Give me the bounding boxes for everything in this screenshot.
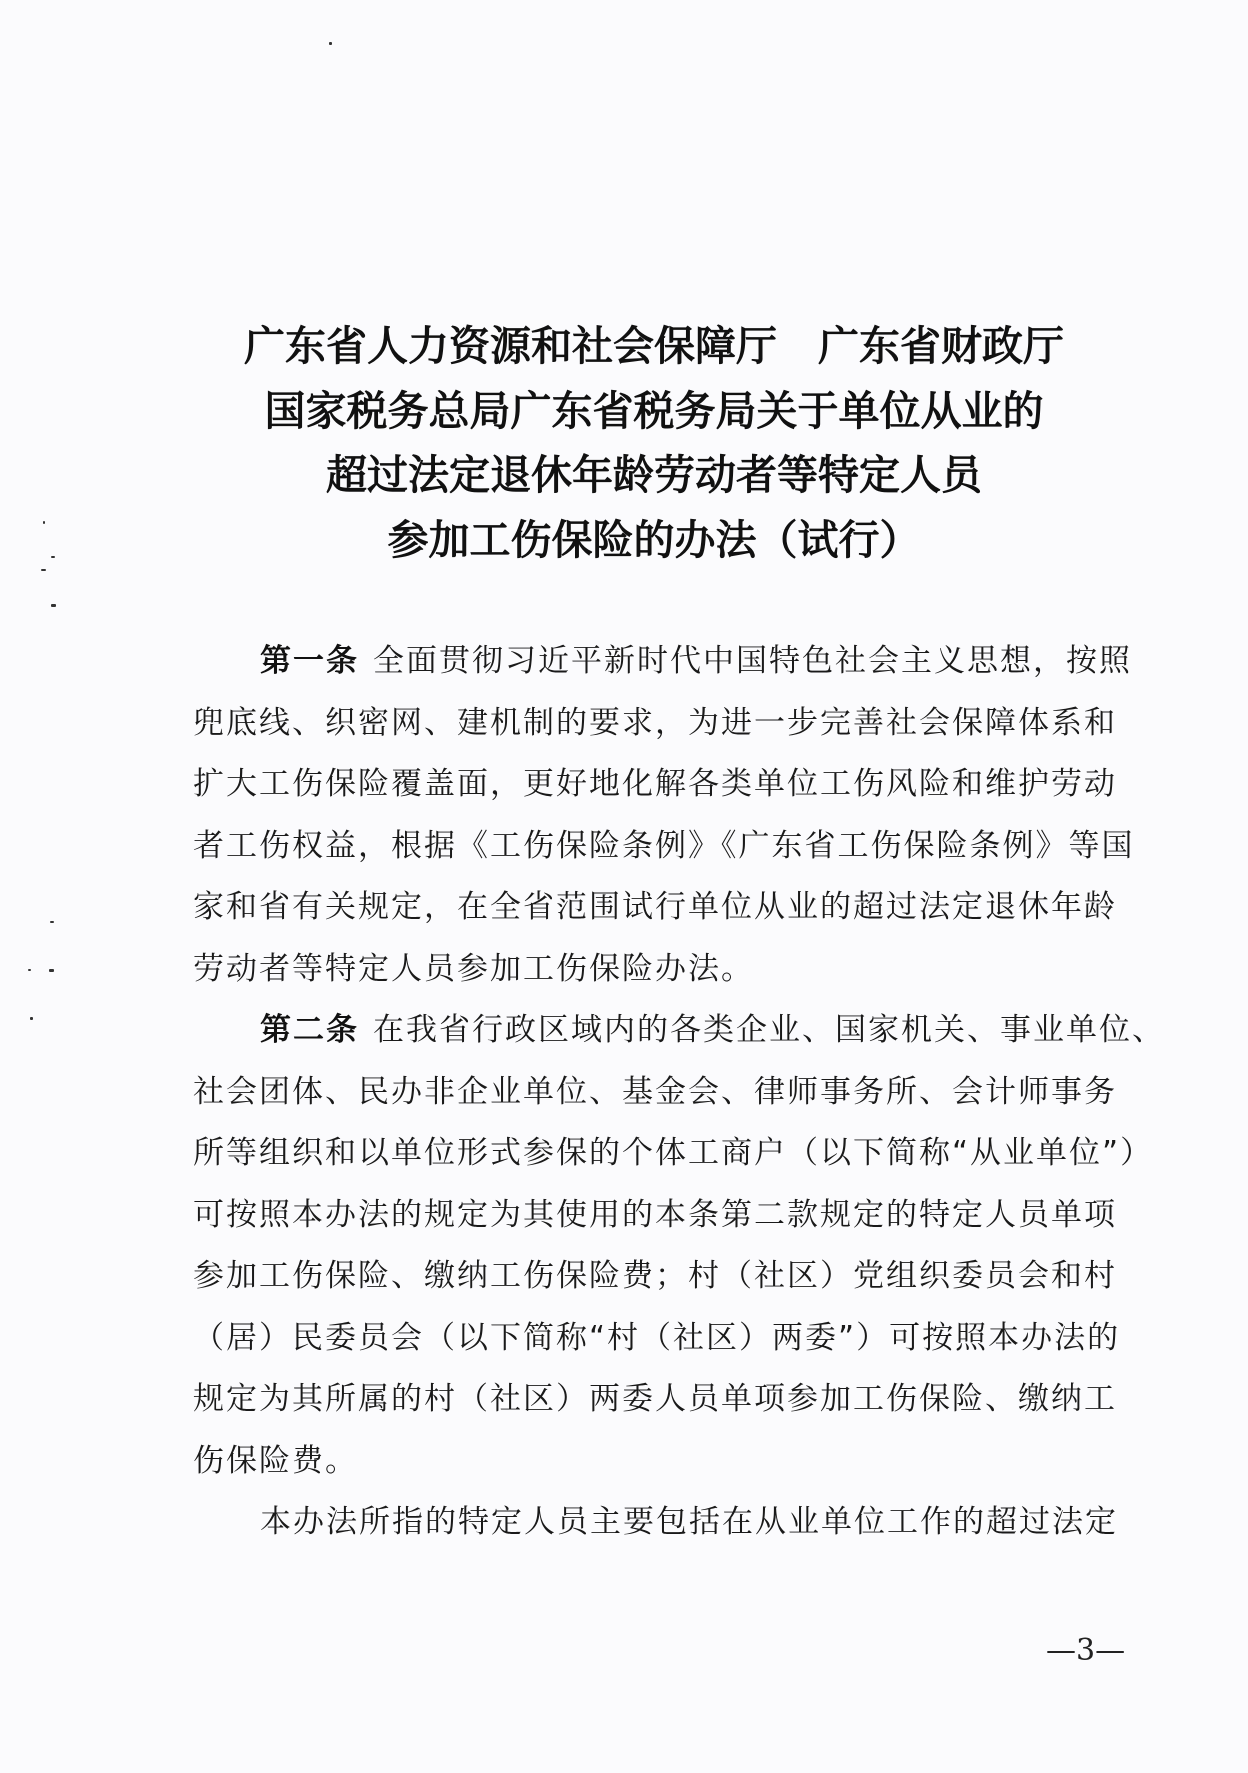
body-line: 伤保险费。 bbox=[193, 1431, 1117, 1493]
scan-artifact-dot bbox=[49, 969, 54, 972]
document-page: 广东省人力资源和社会保障厅 广东省财政厅 国家税务总局广东省税务局关于单位从业的… bbox=[0, 0, 1248, 1773]
body-line: 可按照本办法的规定为其使用的本条第二款规定的特定人员单项 bbox=[193, 1185, 1117, 1247]
body-line: 规定为其所属的村（社区）两委人员单项参加工伤保险、缴纳工 bbox=[193, 1369, 1117, 1431]
body-line: 者工伤权益，根据《工伤保险条例》《广东省工伤保险条例》等国 bbox=[193, 816, 1117, 878]
scan-artifact-dot bbox=[30, 1017, 33, 1020]
body-line: 劳动者等特定人员参加工伤保险办法。 bbox=[193, 939, 1117, 1001]
body-line: 本办法所指的特定人员主要包括在从业单位工作的超过法定 bbox=[193, 1492, 1117, 1554]
body-line: 家和省有关规定，在全省范围试行单位从业的超过法定退休年龄 bbox=[193, 877, 1117, 939]
title-line: 参加工伤保险的办法（试行） bbox=[0, 508, 1248, 573]
scan-artifact-dot bbox=[51, 604, 56, 607]
body-line: 第二条在我省行政区域内的各类企业、国家机关、事业单位、 bbox=[193, 1000, 1117, 1062]
page-number: —3— bbox=[1046, 1634, 1125, 1668]
document-body: 第一条全面贯彻习近平新时代中国特色社会主义思想，按照 兜底线、织密网、建机制的要… bbox=[193, 631, 1117, 1554]
body-line: 第一条全面贯彻习近平新时代中国特色社会主义思想，按照 bbox=[193, 631, 1117, 693]
body-line: （居）民委员会（以下简称“村（社区）两委”）可按照本办法的 bbox=[193, 1308, 1117, 1370]
body-text: 全面贯彻习近平新时代中国特色社会主义思想，按照 bbox=[373, 643, 1132, 679]
body-line: 兜底线、织密网、建机制的要求，为进一步完善社会保障体系和 bbox=[193, 693, 1117, 755]
document-title: 广东省人力资源和社会保障厅 广东省财政厅 国家税务总局广东省税务局关于单位从业的… bbox=[0, 314, 1248, 572]
body-text: 在我省行政区域内的各类企业、国家机关、事业单位、 bbox=[373, 1012, 1165, 1048]
scan-artifact-dot bbox=[50, 921, 54, 923]
article-2: 第二条在我省行政区域内的各类企业、国家机关、事业单位、 社会团体、民办非企业单位… bbox=[193, 1000, 1117, 1492]
article-label: 第二条 bbox=[260, 1012, 359, 1048]
scan-artifact-dot bbox=[329, 42, 332, 45]
title-line: 广东省人力资源和社会保障厅 广东省财政厅 bbox=[0, 314, 1248, 379]
title-line: 超过法定退休年龄劳动者等特定人员 bbox=[0, 443, 1248, 508]
article-label: 第一条 bbox=[260, 643, 359, 679]
title-line: 国家税务总局广东省税务局关于单位从业的 bbox=[0, 379, 1248, 444]
article-2-paragraph-2: 本办法所指的特定人员主要包括在从业单位工作的超过法定 bbox=[193, 1492, 1117, 1554]
body-line: 所等组织和以单位形式参保的个体工商户（以下简称“从业单位”） bbox=[193, 1123, 1117, 1185]
body-line: 参加工伤保险、缴纳工伤保险费；村（社区）党组织委员会和村 bbox=[193, 1246, 1117, 1308]
body-line: 社会团体、民办非企业单位、基金会、律师事务所、会计师事务 bbox=[193, 1062, 1117, 1124]
scan-artifact-dot bbox=[28, 969, 31, 971]
body-line: 扩大工伤保险覆盖面，更好地化解各类单位工伤风险和维护劳动 bbox=[193, 754, 1117, 816]
article-1: 第一条全面贯彻习近平新时代中国特色社会主义思想，按照 兜底线、织密网、建机制的要… bbox=[193, 631, 1117, 1000]
